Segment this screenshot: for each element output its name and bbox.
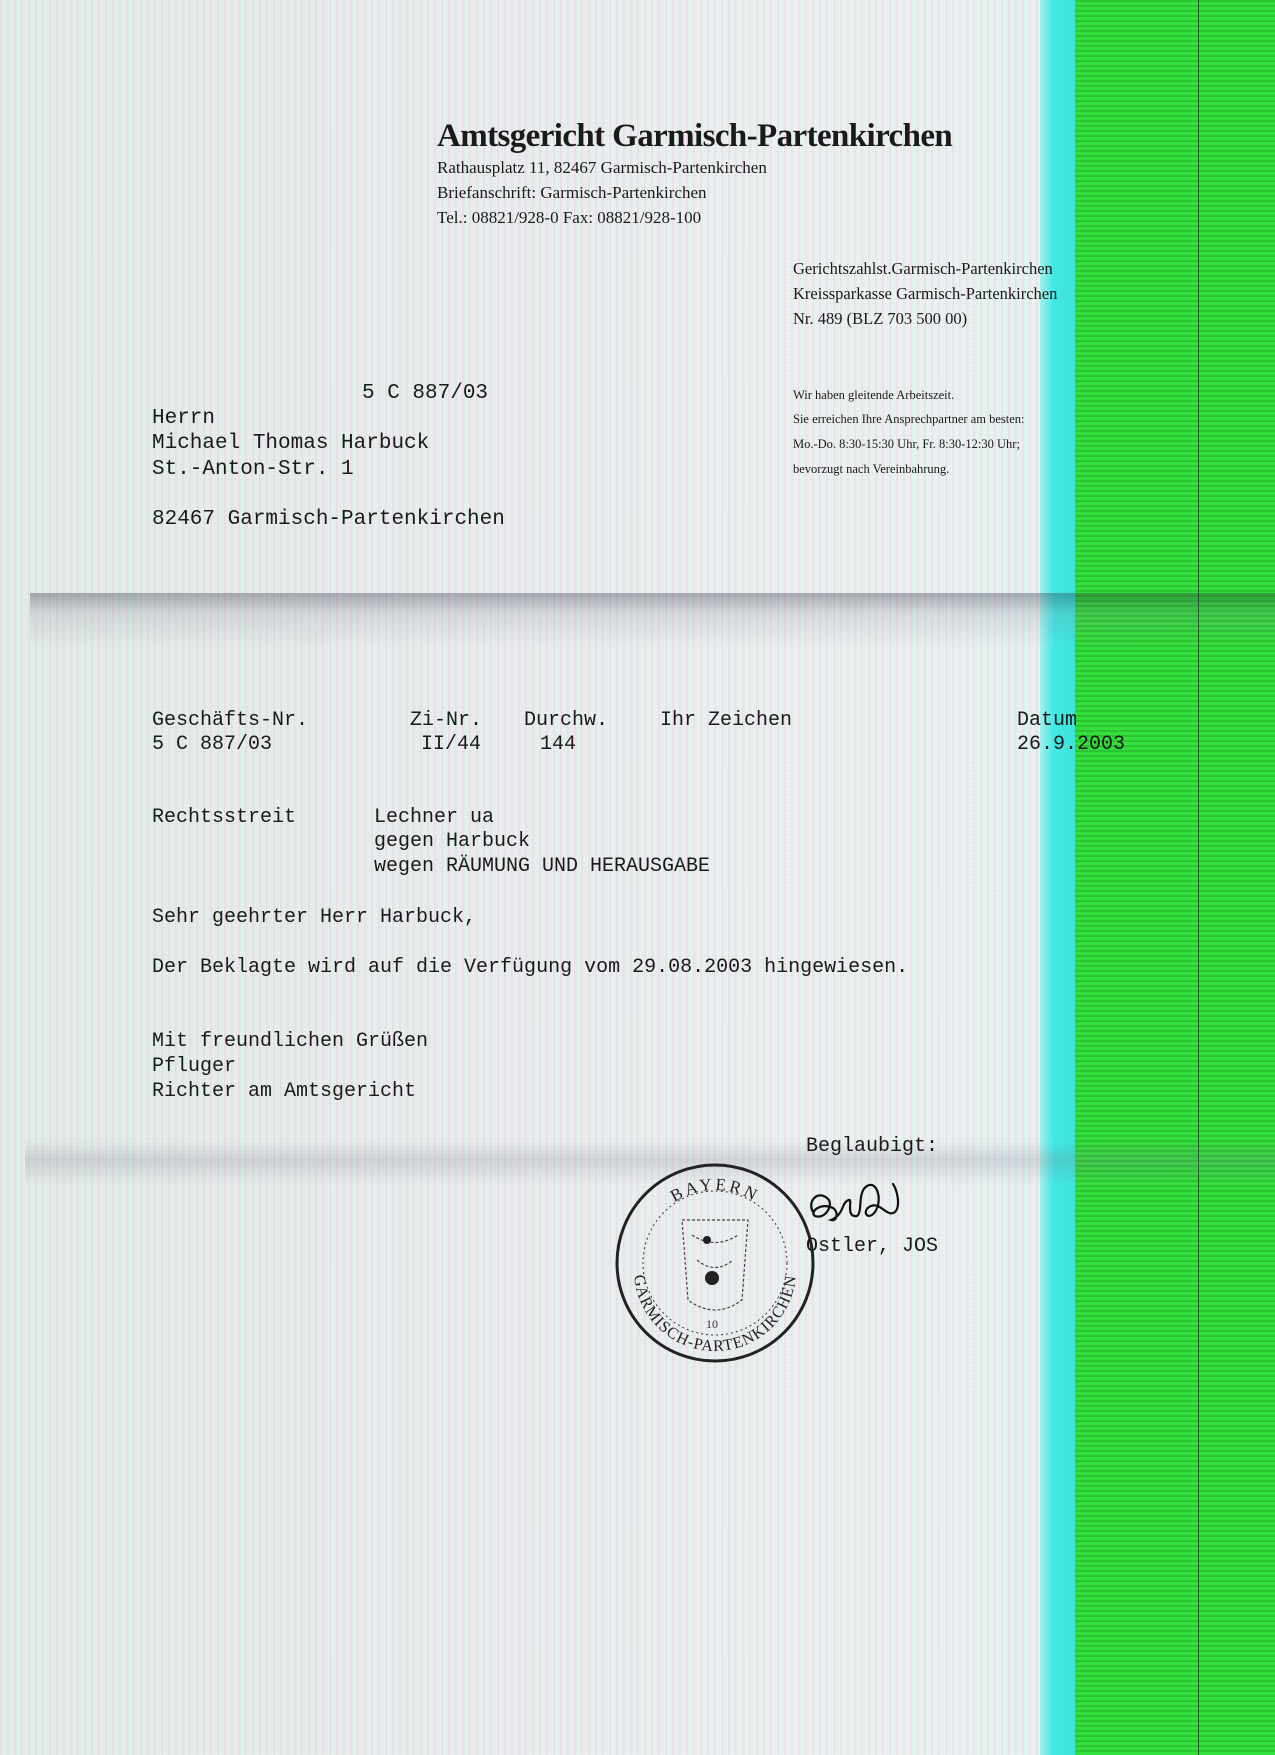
court-postal-address: Briefanschrift: Garmisch-Partenkirchen [437,183,707,203]
case-plaintiff: Lechner ua [374,806,494,829]
judge-title: Richter am Amtsgericht [152,1080,416,1103]
letter-greeting: Sehr geehrter Herr Harbuck, [152,906,476,929]
office-hours-line-2: Sie erreichen Ihre Ansprechpartner am be… [793,412,1025,427]
value-extension: 144 [540,733,576,756]
case-matter: wegen RÄUMUNG UND HERAUSGABE [374,855,710,878]
court-address: Rathausplatz 11, 82467 Garmisch-Partenki… [437,158,767,178]
value-case-number: 5 C 887/03 [152,733,272,756]
court-phone-fax: Tel.: 08821/928-0 Fax: 08821/928-100 [437,208,701,228]
case-label: Rechtsstreit [152,806,296,829]
office-hours-line-1: Wir haben gleitende Arbeitszeit. [793,388,954,403]
scan-artifact-line [1198,0,1199,1755]
recipient-reference: 5 C 887/03 [362,382,488,405]
bank-line-1: Gerichtszahlst.Garmisch-Partenkirchen [793,259,1053,279]
letter-body: Der Beklagte wird auf die Verfügung vom … [152,956,908,979]
case-defendant: gegen Harbuck [374,830,530,853]
scan-artifact-green [1075,0,1275,1755]
certification-label: Beglaubigt: [806,1135,938,1158]
header-date: Datum [1017,709,1077,732]
office-hours-line-3: Mo.-Do. 8:30-15:30 Uhr, Fr. 8:30-12:30 U… [793,437,1020,452]
bank-line-2: Kreissparkasse Garmisch-Partenkirchen [793,284,1057,304]
header-room: Zi-Nr. [410,709,482,732]
header-extension: Durchw. [524,709,608,732]
value-room: II/44 [421,733,481,756]
svg-text:GARMISCH-PARTENKIRCHEN: GARMISCH-PARTENKIRCHEN [630,1274,800,1356]
judge-name: Pfluger [152,1055,236,1078]
bank-line-3: Nr. 489 (BLZ 703 500 00) [793,309,967,329]
closing-regards: Mit freundlichen Grüßen [152,1030,428,1053]
court-seal-stamp: BAYERN GARMISCH-PARTENKIRCHEN 10 [612,1160,818,1366]
header-your-reference: Ihr Zeichen [660,709,792,732]
certifier-name: Ostler, JOS [806,1235,938,1258]
svg-text:10: 10 [706,1317,718,1331]
court-name: Amtsgericht Garmisch-Partenkirchen [437,118,952,155]
svg-text:BAYERN: BAYERN [667,1175,763,1206]
value-date: 26.9.2003 [1017,733,1125,756]
recipient-street: St.-Anton-Str. 1 [152,458,354,481]
recipient-name: Michael Thomas Harbuck [152,432,429,455]
paper-fold-shadow [30,593,1275,648]
recipient-salutation: Herrn [152,407,215,430]
recipient-city: 82467 Garmisch-Partenkirchen [152,508,505,531]
signature [805,1172,905,1237]
header-case-number: Geschäfts-Nr. [152,709,308,732]
office-hours-line-4: bevorzugt nach Vereinbahrung. [793,462,949,477]
